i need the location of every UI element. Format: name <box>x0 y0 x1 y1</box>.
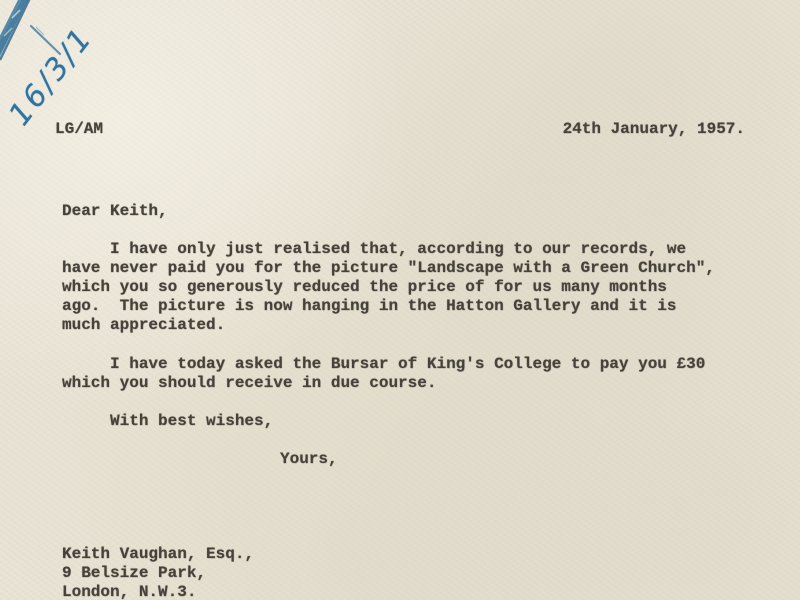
paragraph-2: I have today asked the Bursar of King's … <box>62 355 705 393</box>
letter-line: I have today asked the Bursar of King's … <box>62 355 705 374</box>
address-line: Keith Vaughan, Esq., <box>62 545 254 564</box>
closing-line: With best wishes, <box>62 412 273 431</box>
address-line: London, N.W.3. <box>62 583 254 600</box>
letter-line: much appreciated. <box>62 316 715 335</box>
signoff: Yours, <box>280 450 338 469</box>
address-line: 9 Belsize Park, <box>62 564 254 583</box>
recipient-address: Keith Vaughan, Esq., 9 Belsize Park, Lon… <box>62 545 254 600</box>
letter-line: which you so generously reduced the pric… <box>62 278 715 297</box>
salutation: Dear Keith, <box>62 202 168 221</box>
letter-line: have never paid you for the picture "Lan… <box>62 259 715 278</box>
letter-date: 24th January, 1957. <box>563 120 745 139</box>
letter-line: I have only just realised that, accordin… <box>62 240 715 259</box>
paragraph-1: I have only just realised that, accordin… <box>62 240 715 335</box>
reference-code: LG/AM <box>55 120 103 139</box>
letter-line: ago. The picture is now hanging in the H… <box>62 297 715 316</box>
reference-date-row: LG/AM 24th January, 1957. <box>55 120 745 139</box>
letter-line: which you should receive in due course. <box>62 374 705 393</box>
letter-page: 16/3/1 LG/AM 24th January, 1957. Dear Ke… <box>0 0 800 600</box>
